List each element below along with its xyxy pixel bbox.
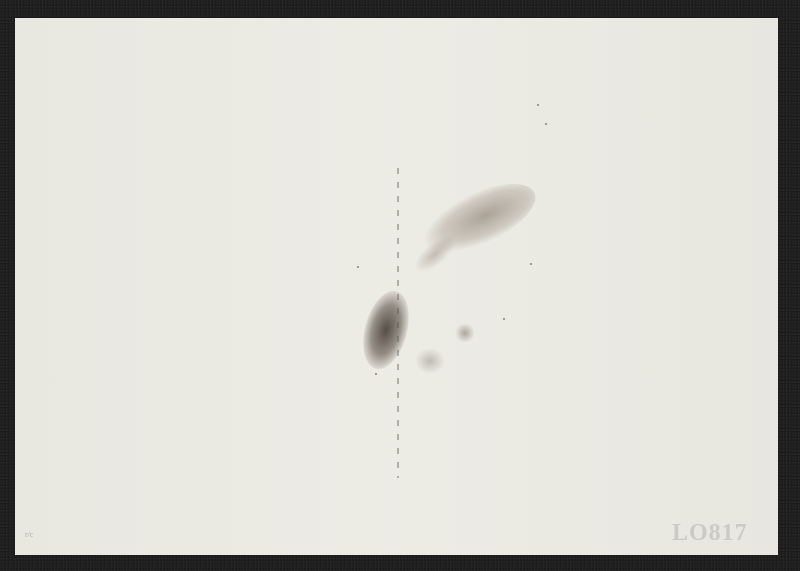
- speck: [545, 123, 547, 125]
- catalog-stamp: LO817: [672, 520, 748, 547]
- speck: [357, 266, 359, 268]
- small-stain: [455, 323, 475, 343]
- paper-sheet: LO817 r/c: [15, 18, 778, 555]
- speck: [537, 104, 539, 106]
- dark-ink-stain: [355, 286, 416, 374]
- speck: [503, 318, 505, 320]
- speck: [375, 373, 377, 375]
- speck: [530, 263, 532, 265]
- small-stain-lower: [415, 348, 445, 374]
- corner-pencil-mark: r/c: [25, 530, 33, 539]
